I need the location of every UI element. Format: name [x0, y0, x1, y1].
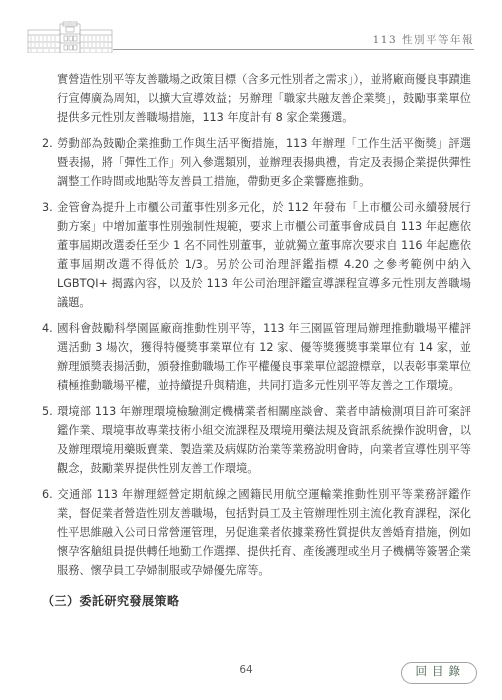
page-body: 實營造性別平等友善職場之政策目標（含多元性別者之需求」），並將廠商優良事蹟進行宣…: [42, 70, 471, 611]
list-item-text: 環境部 113 年辦理環境檢驗測定機構業者相關座談會、業者申請檢測項目許可案評鑑…: [57, 405, 471, 475]
list-item-text: 勞動部為鼓勵企業推動工作與生活平衡措施，113 年辦理「工作生活平衡獎」評選暨表…: [57, 137, 471, 188]
header-divider: [113, 49, 474, 50]
paragraph-continuation: 實營造性別平等友善職場之政策目標（含多元性別者之需求」），並將廠商優良事蹟進行宣…: [42, 70, 471, 127]
list-item-6: 6.交通部 113 年辦理經營定期航線之國籍民用航空運輸業推動性別平等業務評鑑作…: [42, 485, 471, 580]
list-item-number: 6.: [42, 485, 57, 504]
page-header: 113 性別平等年報: [0, 0, 502, 56]
list-item-text: 交通部 113 年辦理經營定期航線之國籍民用航空運輸業推動性別平等業務評鑑作業，…: [57, 488, 471, 577]
list-item-text: 國科會鼓勵科學園區廠商推動性別平等，113 年三園區管理局辦理推動職場平權評選活…: [57, 322, 471, 392]
report-page: 113 性別平等年報 實營造性別平等友善職場之政策目標（含多元性別者之需求」），…: [0, 0, 502, 700]
list-item-2: 2.勞動部為鼓勵企業推動工作與生活平衡措施，113 年辦理「工作生活平衡獎」評選…: [42, 134, 471, 191]
report-title: 113 性別平等年報: [373, 32, 474, 47]
government-building-logo-icon: [27, 21, 113, 53]
back-to-toc-button[interactable]: 回目錄: [401, 662, 478, 684]
list-item-number: 4.: [42, 319, 57, 338]
list-item-5: 5.環境部 113 年辦理環境檢驗測定機構業者相關座談會、業者申請檢測項目許可案…: [42, 402, 471, 478]
list-item-4: 4.國科會鼓勵科學園區廠商推動性別平等，113 年三園區管理局辦理推動職場平權評…: [42, 319, 471, 395]
list-item-number: 5.: [42, 402, 57, 421]
list-item-3: 3.金管會為提升上市櫃公司董事性別多元化，於 112 年發布「上市櫃公司永續發展…: [42, 198, 471, 312]
list-item-text: 金管會為提升上市櫃公司董事性別多元化，於 112 年發布「上市櫃公司永續發展行動…: [57, 201, 471, 309]
list-item-number: 3.: [42, 198, 57, 217]
section-heading: （三）委託研究發展策略: [42, 592, 471, 611]
list-item-number: 2.: [42, 134, 57, 153]
